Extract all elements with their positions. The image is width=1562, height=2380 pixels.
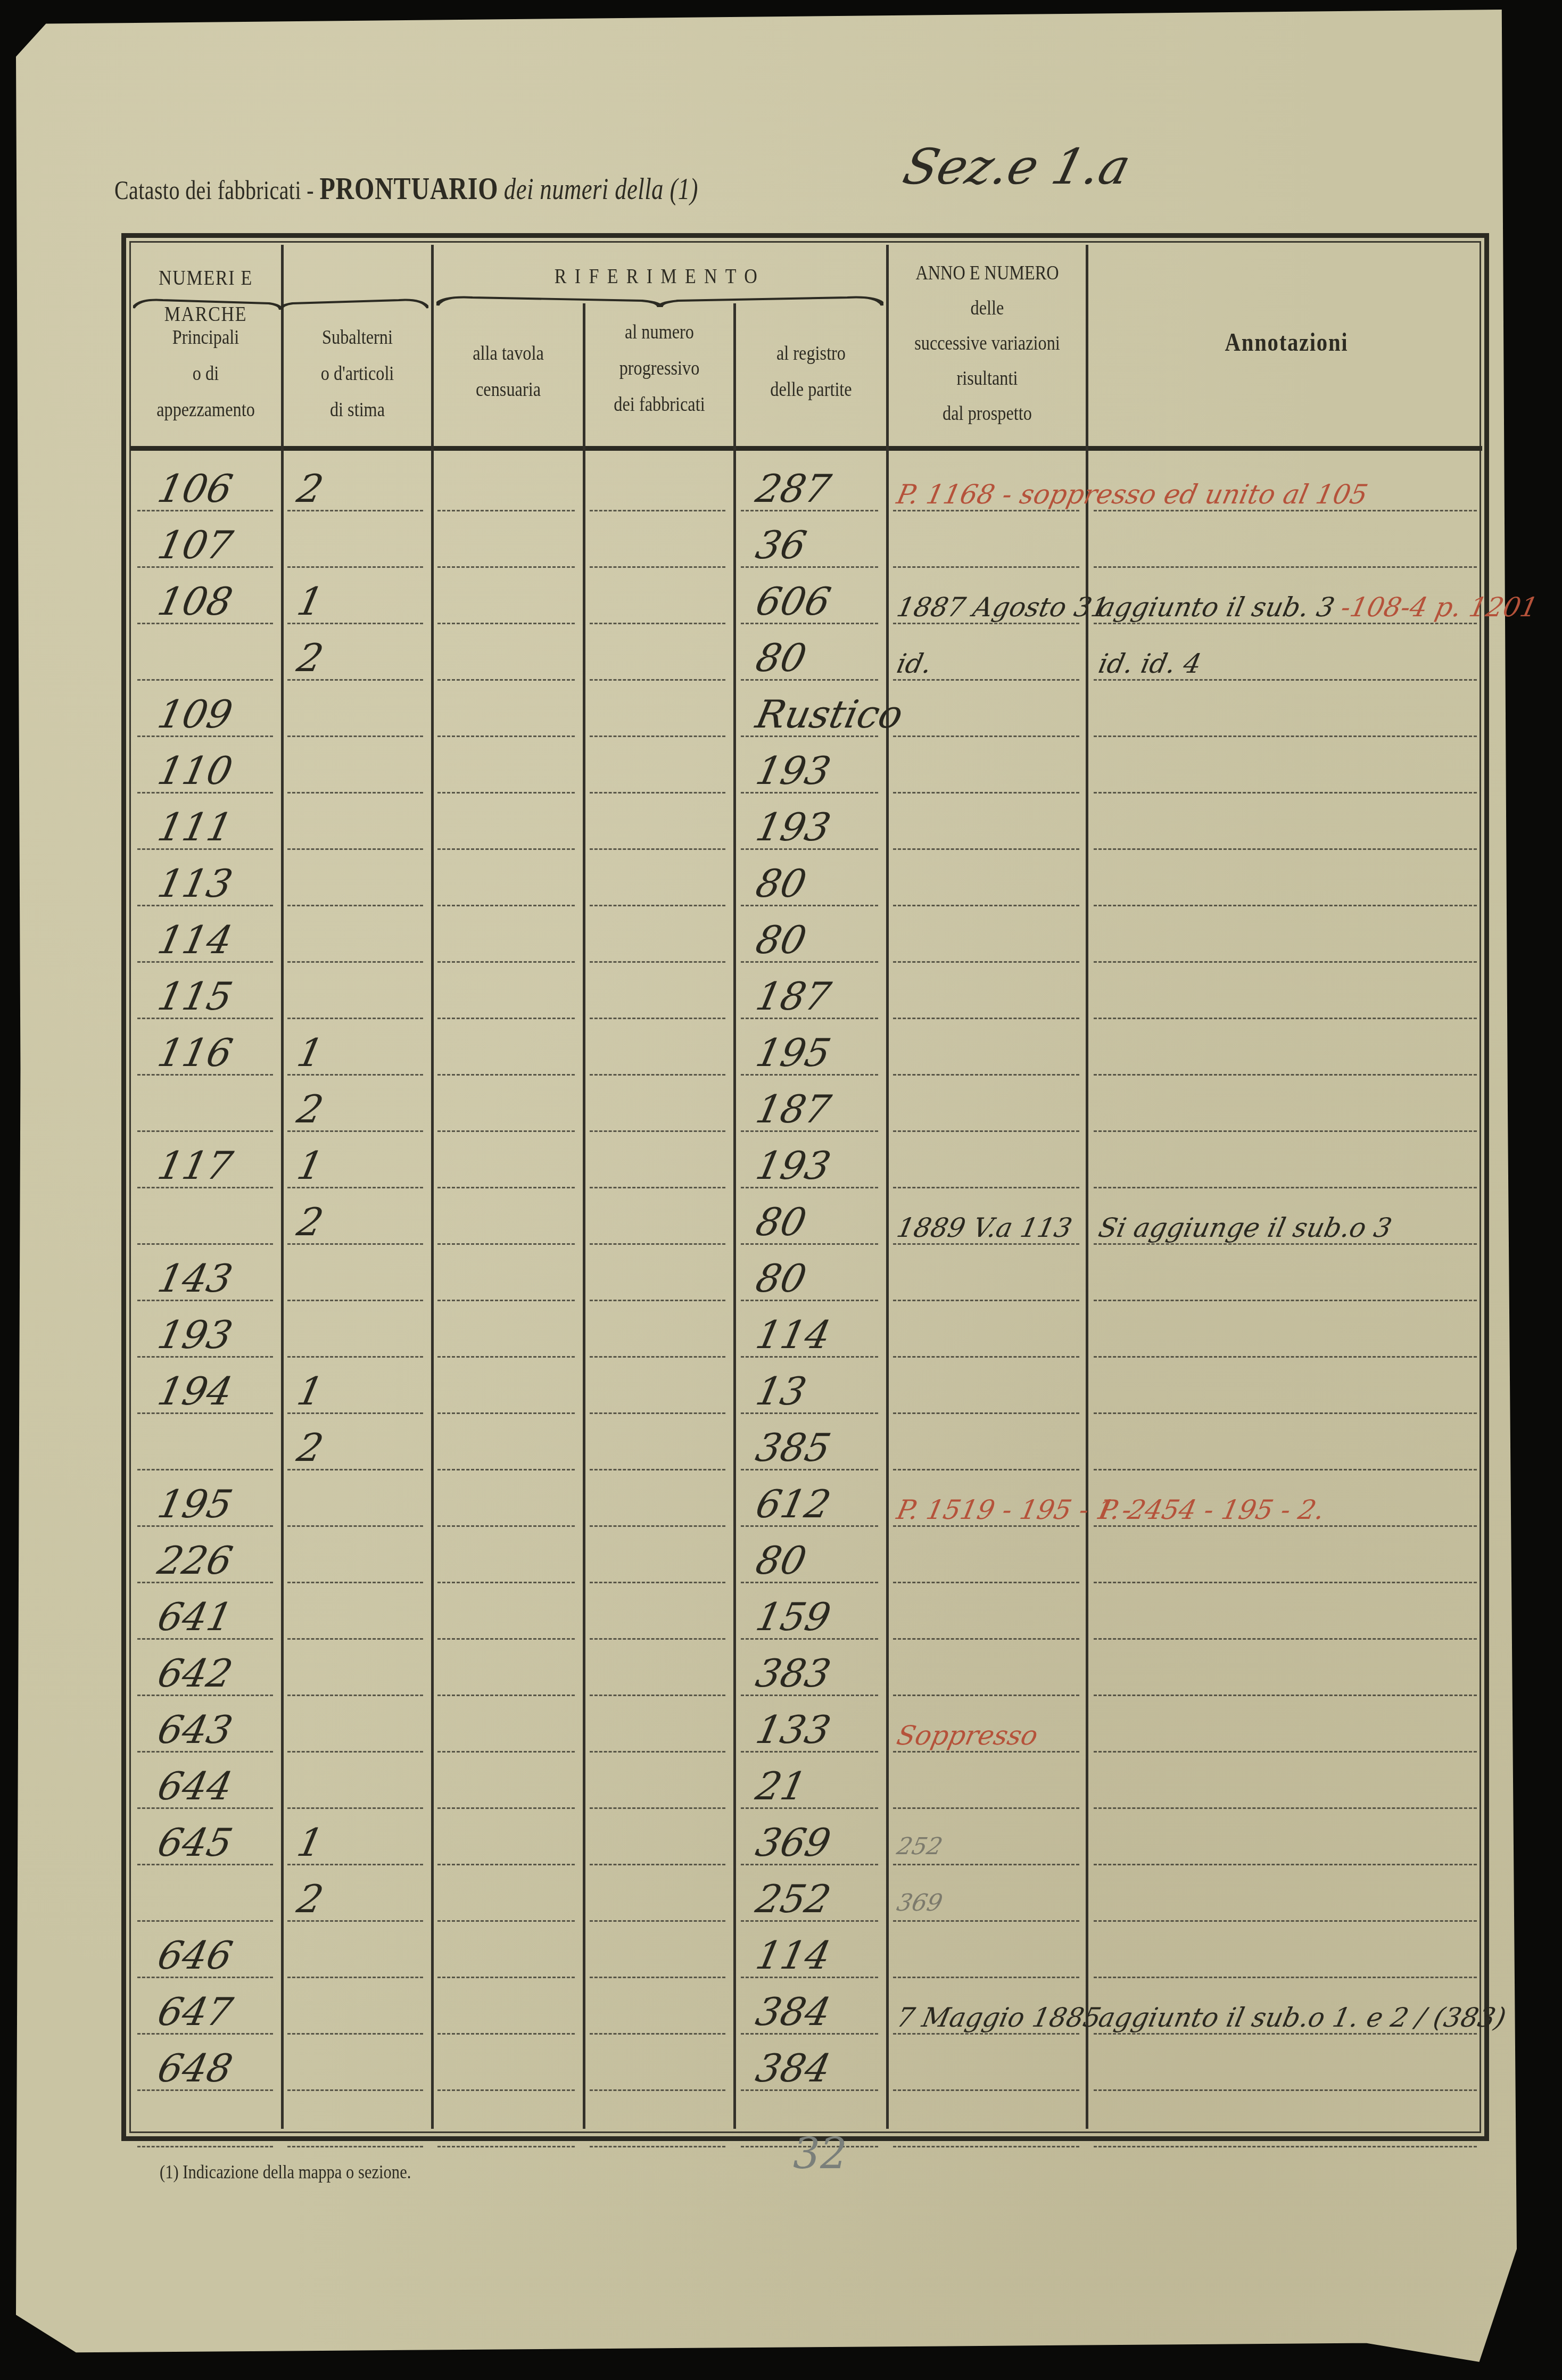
cell-registro: 159 xyxy=(752,1594,834,1639)
row-rule xyxy=(287,2033,423,2035)
row-rule xyxy=(287,1582,423,1583)
row-rule xyxy=(1094,1582,1477,1583)
row-rule xyxy=(590,1920,725,1922)
cell-registro: 193 xyxy=(752,805,834,849)
cell-variazione: 369 xyxy=(895,1889,945,1916)
cell-principale: 646 xyxy=(154,1933,236,1978)
row-rule xyxy=(590,1807,725,1809)
cell-principale: 645 xyxy=(154,1820,236,1865)
cell-principale: 195 xyxy=(154,1482,236,1526)
cell-registro: 13 xyxy=(752,1369,810,1414)
row-rule xyxy=(893,1018,1079,1019)
row-rule xyxy=(590,1074,725,1076)
row-rule xyxy=(437,1074,575,1076)
row-rule xyxy=(893,1582,1079,1583)
document-title: Catasto dei fabbricati - PRONTUARIO dei … xyxy=(114,170,698,207)
row-rule xyxy=(437,510,575,511)
row-rule xyxy=(437,792,575,794)
row-rule xyxy=(437,1469,575,1470)
cell-registro: 287 xyxy=(752,466,834,511)
row-rule xyxy=(893,1300,1079,1301)
row-rule xyxy=(893,2089,1079,2091)
col-divider xyxy=(1086,245,1088,2129)
row-rule xyxy=(893,1469,1079,1470)
row-rule xyxy=(590,1300,725,1301)
cell-registro: 385 xyxy=(752,1425,834,1470)
title-suffix: dei numeri della (1) xyxy=(504,173,698,206)
row-rule xyxy=(590,1412,725,1414)
cell-registro: 114 xyxy=(752,1933,834,1978)
cell-principale: 642 xyxy=(154,1651,236,1696)
row-rule xyxy=(437,1243,575,1245)
row-rule xyxy=(590,961,725,963)
row-rule xyxy=(437,2089,575,2091)
header-divider xyxy=(130,446,1482,451)
cell-variazione: 1889 V.a 113 xyxy=(894,1212,1075,1243)
row-rule xyxy=(1094,1920,1477,1922)
row-rule xyxy=(893,679,1079,681)
annotation-text: aggiunto il sub.o 1. e 2 / (383) xyxy=(1096,2002,1509,2033)
row-rule xyxy=(893,2033,1079,2035)
row-rule xyxy=(137,1920,273,1922)
cell-registro: 193 xyxy=(752,748,834,793)
col-divider xyxy=(583,303,585,2129)
row-rule xyxy=(590,1695,725,1696)
cell-principale: 108 xyxy=(154,579,236,624)
row-rule xyxy=(590,2089,725,2091)
cell-principale: 106 xyxy=(154,466,236,511)
cell-principale: 647 xyxy=(154,1989,236,2034)
row-rule xyxy=(893,1920,1079,1922)
row-rule xyxy=(137,1243,273,1245)
row-rule xyxy=(893,1187,1079,1188)
row-rule xyxy=(893,961,1079,963)
row-rule xyxy=(590,623,725,624)
row-rule xyxy=(287,2089,423,2091)
cell-principale: 117 xyxy=(154,1143,236,1188)
annotation-text: Si aggiunge il sub.o 3 xyxy=(1096,1212,1395,1243)
row-rule xyxy=(437,905,575,906)
row-rule xyxy=(590,1243,725,1245)
row-rule xyxy=(437,623,575,624)
cell-registro: 80 xyxy=(752,1256,810,1301)
row-rule xyxy=(287,1638,423,1640)
row-rule xyxy=(590,2033,725,2035)
row-rule xyxy=(893,1751,1079,1753)
row-rule xyxy=(1094,848,1477,850)
row-rule xyxy=(893,623,1079,624)
row-rule xyxy=(893,1412,1079,1414)
cell-principale: 113 xyxy=(154,861,236,906)
row-rule xyxy=(287,905,423,906)
cell-variazione: Soppresso xyxy=(894,1720,1041,1751)
cell-annotazione: Si aggiunge il sub.o 3 xyxy=(1096,1212,1395,1243)
row-rule xyxy=(287,1807,423,1809)
cell-principale: 648 xyxy=(154,2046,236,2090)
row-rule xyxy=(590,1864,725,1865)
row-rule xyxy=(1094,1074,1477,1076)
row-rule xyxy=(893,905,1079,906)
row-rule xyxy=(437,1638,575,1640)
cell-principale: 114 xyxy=(154,918,236,962)
row-rule xyxy=(1094,1018,1477,1019)
col-header-registro: al registrodelle partite xyxy=(747,335,875,408)
row-rule xyxy=(287,1525,423,1527)
row-rule xyxy=(893,1525,1079,1527)
row-rule xyxy=(287,1300,423,1301)
row-rule xyxy=(1094,1751,1477,1753)
col-divider xyxy=(733,303,736,2129)
row-rule xyxy=(893,1638,1079,1640)
row-rule xyxy=(437,2146,575,2147)
cell-principale: 643 xyxy=(154,1707,236,1752)
row-rule xyxy=(893,848,1079,850)
cell-variazione: P. 1168 - soppresso ed unito al 105 xyxy=(894,479,1370,510)
cell-registro: Rustico xyxy=(752,692,907,737)
brace-riferimento xyxy=(436,293,883,309)
row-rule xyxy=(437,1807,575,1809)
row-rule xyxy=(287,1751,423,1753)
annotation-red-text: -108-4 p. 1201 xyxy=(1338,592,1540,623)
row-rule xyxy=(590,792,725,794)
cell-registro: 606 xyxy=(752,579,834,624)
row-rule xyxy=(1094,961,1477,963)
row-rule xyxy=(437,1582,575,1583)
cell-registro: 195 xyxy=(752,1030,834,1075)
row-rule xyxy=(1094,1638,1477,1640)
row-rule xyxy=(437,961,575,963)
cell-registro: 369 xyxy=(752,1820,834,1865)
row-rule xyxy=(137,2146,273,2147)
row-rule xyxy=(287,1356,423,1358)
cell-registro: 252 xyxy=(752,1877,834,1921)
row-rule xyxy=(893,2146,1079,2147)
row-rule xyxy=(1094,1525,1477,1527)
row-rule xyxy=(437,1864,575,1865)
col-divider xyxy=(886,245,889,2129)
row-rule xyxy=(437,848,575,850)
row-rule xyxy=(437,1187,575,1188)
row-rule xyxy=(1094,736,1477,737)
cell-annotazione: P. 2454 - 195 - 2. xyxy=(1096,1494,1327,1525)
row-rule xyxy=(437,566,575,568)
cell-registro: 187 xyxy=(752,974,834,1019)
row-rule xyxy=(590,2146,725,2147)
page-number-pencil: 32 xyxy=(793,2129,847,2178)
row-rule xyxy=(893,1130,1079,1132)
cell-variazione: id. xyxy=(894,648,935,679)
col-header-annotazioni: Annotazioni xyxy=(1118,325,1455,361)
row-rule xyxy=(893,1074,1079,1076)
row-rule xyxy=(437,1751,575,1753)
row-rule xyxy=(287,1695,423,1696)
cell-registro: 612 xyxy=(752,1482,834,1526)
section-handwritten: Sez.e 1.a xyxy=(898,138,1136,195)
cell-registro: 384 xyxy=(752,1989,834,2034)
cell-principale: 226 xyxy=(154,1538,236,1583)
row-rule xyxy=(1094,792,1477,794)
row-rule xyxy=(1094,623,1477,624)
cell-principale: 116 xyxy=(154,1030,236,1075)
row-rule xyxy=(590,510,725,511)
row-rule xyxy=(893,1243,1079,1245)
cell-principale: 194 xyxy=(154,1369,236,1414)
cell-principale: 641 xyxy=(154,1594,236,1639)
col-header-variazioni: ANNO E NUMEROdellesuccessive variazionir… xyxy=(904,255,1071,431)
row-rule xyxy=(437,1356,575,1358)
row-rule xyxy=(590,566,725,568)
row-rule xyxy=(1094,2033,1477,2035)
annotation-text: aggiunto il sub. 3 xyxy=(1096,592,1337,623)
row-rule xyxy=(437,1920,575,1922)
col-divider xyxy=(281,245,284,2129)
title-main: PRONTUARIO xyxy=(319,171,498,206)
row-rule xyxy=(1094,566,1477,568)
row-rule xyxy=(590,1525,725,1527)
footnote: (1) Indicazione della mappa o sezione. xyxy=(160,2161,411,2183)
row-rule xyxy=(893,1864,1079,1865)
annotation-text: P. 2454 - 195 - 2. xyxy=(1096,1494,1327,1525)
row-rule xyxy=(1094,2089,1477,2091)
row-rule xyxy=(1094,1300,1477,1301)
cell-registro: 133 xyxy=(752,1707,834,1752)
row-rule xyxy=(590,736,725,737)
col-header-tavola: alla tavolacensuaria xyxy=(445,335,572,408)
brace-numeri xyxy=(133,295,428,311)
cell-registro: 80 xyxy=(752,918,810,962)
row-rule xyxy=(893,510,1079,511)
group-header-riferimento: RIFERIMENTO xyxy=(468,258,853,294)
cell-annotazione: id. id. 4 xyxy=(1096,648,1204,679)
cell-variazione: 252 xyxy=(895,1833,945,1860)
row-rule xyxy=(287,736,423,737)
row-rule xyxy=(590,679,725,681)
row-rule xyxy=(1094,1412,1477,1414)
row-rule xyxy=(437,1695,575,1696)
row-rule xyxy=(1094,679,1477,681)
row-rule xyxy=(893,792,1079,794)
cell-variazione: 1887 Agosto 31 xyxy=(894,592,1112,623)
cell-registro: 383 xyxy=(752,1651,834,1696)
row-rule xyxy=(137,1469,273,1470)
row-rule xyxy=(590,1130,725,1132)
row-rule xyxy=(590,1356,725,1358)
col-header-progressivo: al numeroprogressivodei fabbricati xyxy=(597,314,722,423)
row-rule xyxy=(437,1977,575,1978)
cell-registro: 114 xyxy=(752,1312,834,1357)
cell-registro: 36 xyxy=(752,523,810,567)
cell-principale: 115 xyxy=(154,974,236,1019)
cell-annotazione: aggiunto il sub. 3-108-4 p. 1201 xyxy=(1096,592,1541,623)
row-rule xyxy=(590,1469,725,1470)
row-rule xyxy=(437,1018,575,1019)
row-rule xyxy=(590,1187,725,1188)
row-rule xyxy=(1094,1469,1477,1470)
row-rule xyxy=(590,848,725,850)
row-rule xyxy=(1094,1807,1477,1809)
row-rule xyxy=(1094,1356,1477,1358)
row-rule xyxy=(590,1018,725,1019)
cell-registro: 80 xyxy=(752,1538,810,1583)
row-rule xyxy=(1094,1695,1477,1696)
annotation-text: id. id. 4 xyxy=(1096,648,1204,679)
row-rule xyxy=(287,961,423,963)
cell-registro: 384 xyxy=(752,2046,834,2090)
row-rule xyxy=(590,1582,725,1583)
row-rule xyxy=(1094,1977,1477,1978)
row-rule xyxy=(590,1638,725,1640)
col-header-subalterni: Subalternio d'articolidi stima xyxy=(295,319,420,428)
row-rule xyxy=(1094,510,1477,511)
cell-principale: 109 xyxy=(154,692,236,737)
cell-registro: 80 xyxy=(752,635,810,680)
row-rule xyxy=(1094,1187,1477,1188)
row-rule xyxy=(1094,905,1477,906)
row-rule xyxy=(287,848,423,850)
row-rule xyxy=(893,1977,1079,1978)
col-divider xyxy=(431,245,434,2129)
row-rule xyxy=(287,566,423,568)
row-rule xyxy=(1094,2146,1477,2147)
cell-principale: 111 xyxy=(154,805,236,849)
row-rule xyxy=(893,1356,1079,1358)
cell-principale: 107 xyxy=(154,523,236,567)
row-rule xyxy=(287,2146,423,2147)
row-rule xyxy=(287,1977,423,1978)
row-rule xyxy=(287,1018,423,1019)
col-header-principali: Principalio diappezzamento xyxy=(142,319,270,428)
cell-variazione: 7 Maggio 1885 xyxy=(894,2002,1104,2033)
cell-registro: 193 xyxy=(752,1143,834,1188)
row-rule xyxy=(1094,1864,1477,1865)
cell-principale: 193 xyxy=(154,1312,236,1357)
row-rule xyxy=(437,1412,575,1414)
row-rule xyxy=(437,736,575,737)
row-rule xyxy=(137,679,273,681)
row-rule xyxy=(590,905,725,906)
row-rule xyxy=(893,566,1079,568)
row-rule xyxy=(287,792,423,794)
row-rule xyxy=(1094,1130,1477,1132)
cell-registro: 21 xyxy=(752,1764,810,1808)
title-prefix: Catasto dei fabbricati - xyxy=(114,175,314,205)
row-rule xyxy=(437,1130,575,1132)
cell-principale: 143 xyxy=(154,1256,236,1301)
row-rule xyxy=(437,679,575,681)
cell-registro: 187 xyxy=(752,1087,834,1131)
row-rule xyxy=(1094,1243,1477,1245)
cell-principale: 110 xyxy=(154,748,236,793)
row-rule xyxy=(437,2033,575,2035)
row-rule xyxy=(893,736,1079,737)
row-rule xyxy=(137,1130,273,1132)
row-rule xyxy=(437,1300,575,1301)
cell-annotazione: aggiunto il sub.o 1. e 2 / (383) xyxy=(1096,2002,1509,2033)
row-rule xyxy=(590,1977,725,1978)
cell-registro: 80 xyxy=(752,1200,810,1244)
row-rule xyxy=(437,1525,575,1527)
cell-registro: 80 xyxy=(752,861,810,906)
row-rule xyxy=(590,1751,725,1753)
row-rule xyxy=(893,1807,1079,1809)
row-rule xyxy=(893,1695,1079,1696)
cell-principale: 644 xyxy=(154,1764,236,1808)
